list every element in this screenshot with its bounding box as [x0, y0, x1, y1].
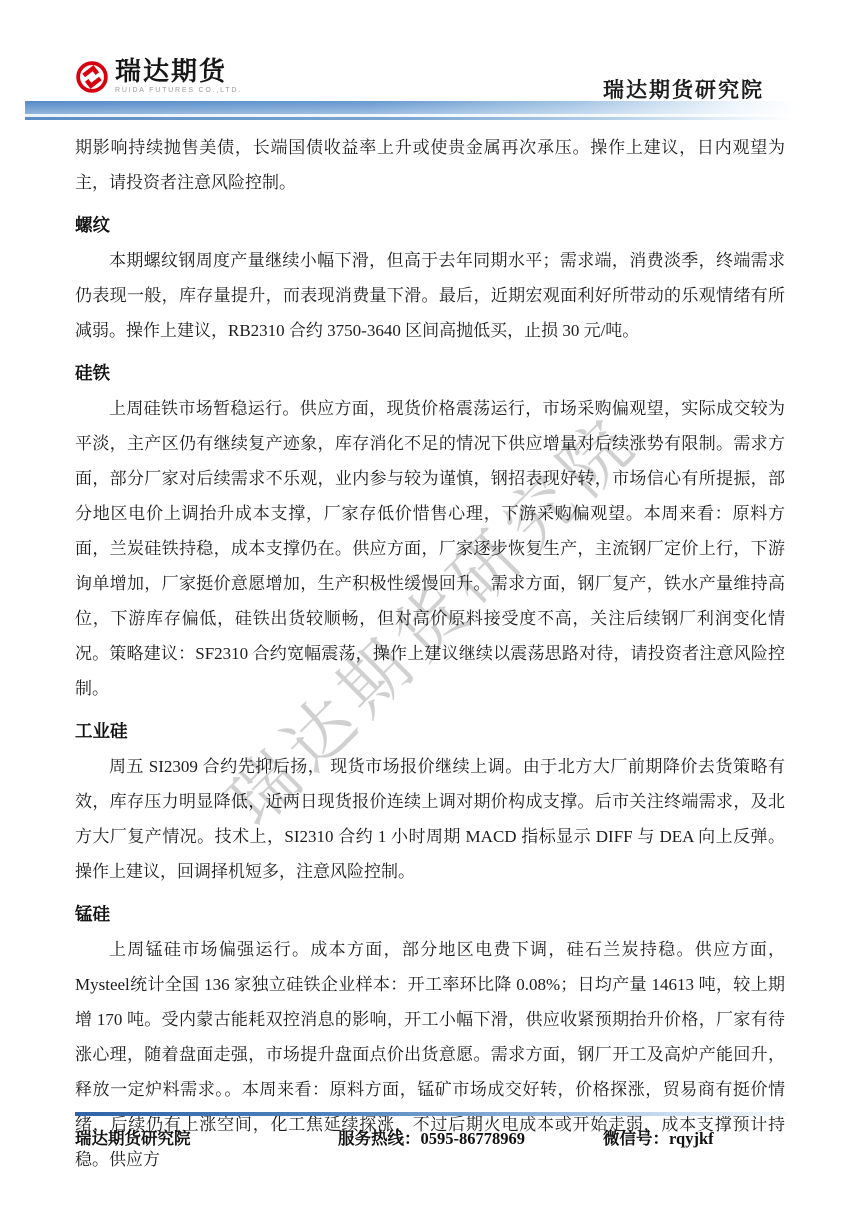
section-body-industrial-silicon: 周五 SI2309 合约先抑后扬， 现货市场报价继续上调。由于北方大厂前期降价去…: [75, 749, 785, 889]
brand-name-en: RUIDA FUTURES CO.,LTD.: [115, 87, 242, 94]
header-divider-bar: [25, 101, 792, 114]
report-page: 瑞达期货研究院 瑞达期货 RUIDA FUTURES CO.,LTD. 瑞达期货…: [0, 0, 860, 1217]
paragraph-precious-metals-continuation: 期影响持续抛售美债，长端国债收益率上升或使贵金属再次承压。操作上建议，日内观望为…: [75, 130, 785, 200]
header-divider-line: [25, 117, 792, 120]
research-institute-header: 瑞达期货研究院: [603, 74, 764, 104]
section-body-ferrosilicon: 上周硅铁市场暂稳运行。供应方面，现货价格震荡运行，市场采购偏观望，实际成交较为平…: [75, 391, 785, 706]
brand-name-cn: 瑞达期货: [115, 57, 242, 85]
report-body: 期影响持续抛售美债，长端国债收益率上升或使贵金属再次承压。操作上建议，日内观望为…: [75, 130, 785, 1177]
section-heading-ferrosilicon: 硅铁: [75, 356, 785, 391]
footer-hotline: 服务热线：0595-86778969: [338, 1125, 525, 1149]
company-logo: 瑞达期货 RUIDA FUTURES CO.,LTD.: [75, 57, 242, 94]
section-heading-industrial-silicon: 工业硅: [75, 714, 785, 749]
ruida-logo-icon: [75, 60, 109, 94]
footer: 瑞达期货研究院 服务热线：0595-86778969 微信号：rqyjkf: [75, 1125, 787, 1149]
section-heading-rebar: 螺纹: [75, 208, 785, 243]
footer-divider-line: [75, 1112, 787, 1116]
footer-institute: 瑞达期货研究院: [75, 1125, 191, 1149]
section-heading-manganese-silicon: 锰硅: [75, 897, 785, 932]
logo-text: 瑞达期货 RUIDA FUTURES CO.,LTD.: [115, 57, 242, 94]
footer-wechat: 微信号：rqyjkf: [603, 1125, 714, 1149]
section-body-rebar: 本期螺纹钢周度产量继续小幅下滑，但高于去年同期水平；需求端，消费淡季，终端需求仍…: [75, 243, 785, 348]
